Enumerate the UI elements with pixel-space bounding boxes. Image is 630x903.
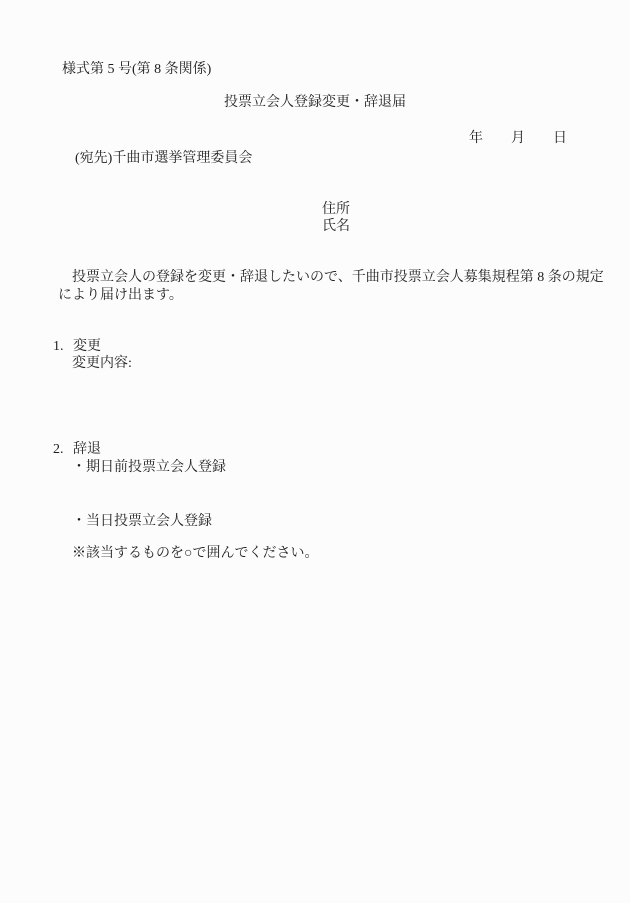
section-2-number: 2. <box>53 442 64 457</box>
change-detail-label: 変更内容: <box>72 356 132 371</box>
document-title: 投票立会人登録変更・辞退届 <box>0 95 630 110</box>
date-fill-in-line: 年 月 日 <box>469 131 567 146</box>
option-early-voting-watcher-registration: ・期日前投票立会人登録 <box>72 460 226 475</box>
body-paragraph-line-1: 投票立会人の登録を変更・辞退したいので、千曲市投票立会人募集規程第 8 条の規定 <box>58 270 604 285</box>
form-number: 様式第 5 号(第 8 条関係) <box>62 62 211 77</box>
section-1-number: 1. <box>53 339 64 354</box>
section-2-heading-withdrawal: 辞退 <box>73 442 101 457</box>
circle-applicable-note: ※該当するものを○で囲んでください。 <box>72 546 318 561</box>
option-election-day-watcher-registration: ・当日投票立会人登録 <box>72 514 212 529</box>
address-label: 住所 <box>322 202 350 217</box>
form-page: 様式第 5 号(第 8 条関係) 投票立会人登録変更・辞退届 年 月 日 (宛先… <box>0 0 630 903</box>
section-1-heading-change: 変更 <box>73 339 101 354</box>
addressee-line: (宛先)千曲市選挙管理委員会 <box>75 151 252 166</box>
name-label: 氏名 <box>322 219 350 234</box>
body-paragraph-line-2: により届け出ます。 <box>58 288 183 303</box>
